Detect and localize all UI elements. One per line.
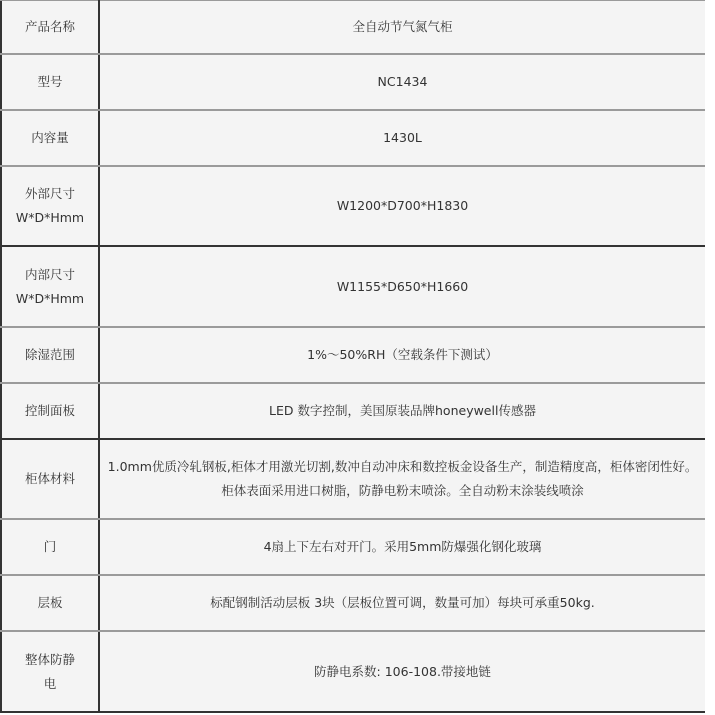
value-text: 1%～50%RH（空载条件下测试）	[106, 343, 699, 367]
row-value: 1430L	[99, 110, 705, 166]
row-value: NC1434	[99, 54, 705, 110]
row-value: 1%～50%RH（空载条件下测试）	[99, 327, 705, 383]
label-text: 产品名称	[6, 15, 94, 39]
row-label: 控制面板	[1, 383, 99, 439]
label-text: 门	[6, 535, 94, 559]
label-text: 控制面板	[6, 399, 94, 423]
row-label: 产品名称	[1, 0, 99, 54]
label-text: 柜体材料	[6, 467, 94, 491]
label-text: W*D*Hmm	[6, 206, 94, 230]
row-value: 防静电系数: 106-108.带接地链	[99, 631, 705, 712]
value-text: 柜体表面采用进口树脂，防静电粉末喷涂。全自动粉末涂装线喷涂	[106, 479, 699, 503]
value-text: 防静电系数: 106-108.带接地链	[106, 660, 699, 684]
row-value: W1155*D650*H1660	[99, 246, 705, 327]
value-text: 1.0mm优质冷轧钢板,柜体才用激光切割,数冲自动冲床和数控板金设备生产，制造精…	[106, 455, 699, 479]
product-spec-table: 产品名称 全自动节气氮气柜 型号 NC1434 内容量 1430L 外部尺寸 W…	[0, 0, 705, 713]
table-row-shelf: 层板 标配钢制活动层板 3块（层板位置可调，数量可加）每块可承重50kg.	[1, 575, 705, 631]
value-text: 全自动节气氮气柜	[106, 15, 699, 39]
row-value: 1.0mm优质冷轧钢板,柜体才用激光切割,数冲自动冲床和数控板金设备生产，制造精…	[99, 439, 705, 519]
row-label: 外部尺寸 W*D*Hmm	[1, 166, 99, 246]
label-text: 电	[6, 672, 94, 696]
row-label: 柜体材料	[1, 439, 99, 519]
row-label: 除湿范围	[1, 327, 99, 383]
table-row-model: 型号 NC1434	[1, 54, 705, 110]
row-label: 层板	[1, 575, 99, 631]
label-text: W*D*Hmm	[6, 287, 94, 311]
table-row-external-size: 外部尺寸 W*D*Hmm W1200*D700*H1830	[1, 166, 705, 246]
row-value: 标配钢制活动层板 3块（层板位置可调，数量可加）每块可承重50kg.	[99, 575, 705, 631]
table-row-control-panel: 控制面板 LED 数字控制，美国原装品牌honeywell传感器	[1, 383, 705, 439]
table-row-door: 门 4扇上下左右对开门。采用5mm防爆强化钢化玻璃	[1, 519, 705, 575]
row-value: 4扇上下左右对开门。采用5mm防爆强化钢化玻璃	[99, 519, 705, 575]
value-text: 1430L	[106, 126, 699, 150]
value-text: W1200*D700*H1830	[106, 194, 699, 218]
label-text: 内部尺寸	[6, 263, 94, 287]
label-text: 内容量	[6, 126, 94, 150]
row-label: 内容量	[1, 110, 99, 166]
label-text: 整体防静	[6, 648, 94, 672]
row-label: 门	[1, 519, 99, 575]
label-text: 层板	[6, 591, 94, 615]
row-value: W1200*D700*H1830	[99, 166, 705, 246]
row-label: 内部尺寸 W*D*Hmm	[1, 246, 99, 327]
label-text: 外部尺寸	[6, 182, 94, 206]
value-text: 4扇上下左右对开门。采用5mm防爆强化钢化玻璃	[106, 535, 699, 559]
table-row-cabinet-material: 柜体材料 1.0mm优质冷轧钢板,柜体才用激光切割,数冲自动冲床和数控板金设备生…	[1, 439, 705, 519]
value-text: LED 数字控制，美国原装品牌honeywell传感器	[106, 399, 699, 423]
row-value: 全自动节气氮气柜	[99, 0, 705, 54]
label-text: 除湿范围	[6, 343, 94, 367]
table-row-internal-size: 内部尺寸 W*D*Hmm W1155*D650*H1660	[1, 246, 705, 327]
table-row-antistatic: 整体防静 电 防静电系数: 106-108.带接地链	[1, 631, 705, 712]
value-text: 标配钢制活动层板 3块（层板位置可调，数量可加）每块可承重50kg.	[106, 591, 699, 615]
value-text: NC1434	[106, 70, 699, 94]
row-label: 整体防静 电	[1, 631, 99, 712]
table-row-humidity-range: 除湿范围 1%～50%RH（空载条件下测试）	[1, 327, 705, 383]
label-text: 型号	[6, 70, 94, 94]
table-row-capacity: 内容量 1430L	[1, 110, 705, 166]
value-text: W1155*D650*H1660	[106, 275, 699, 299]
row-value: LED 数字控制，美国原装品牌honeywell传感器	[99, 383, 705, 439]
table-row-product-name: 产品名称 全自动节气氮气柜	[1, 0, 705, 54]
row-label: 型号	[1, 54, 99, 110]
